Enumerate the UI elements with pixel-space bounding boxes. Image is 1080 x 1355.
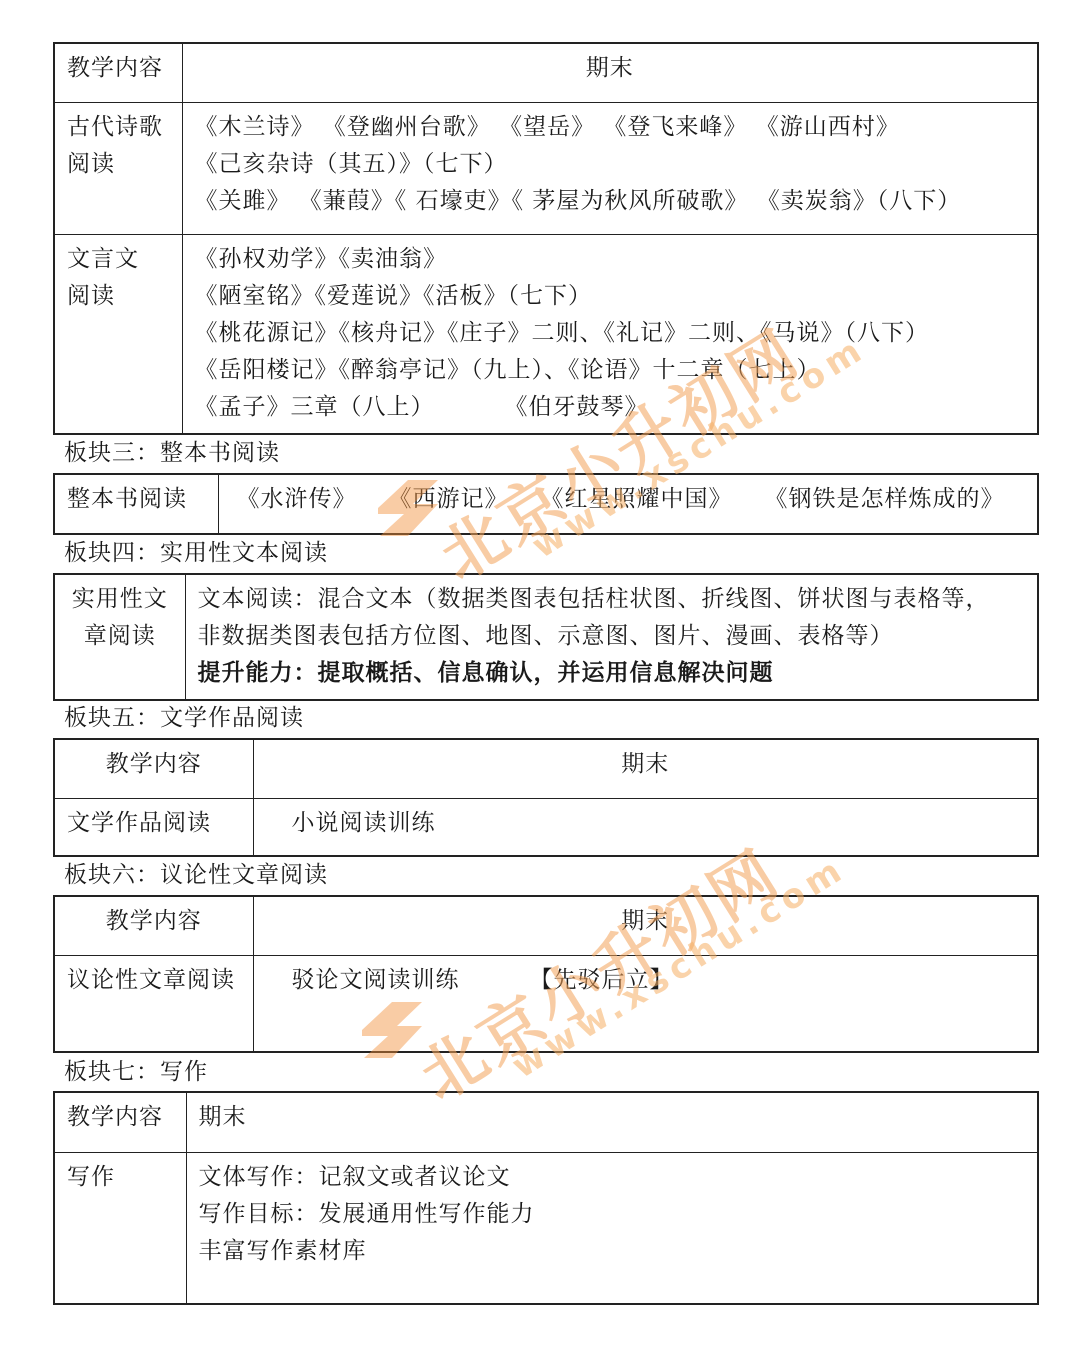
book-title: 《西游记》 <box>389 486 509 512</box>
content-line: 写作目标：发展通用性写作能力 <box>199 1196 1026 1233</box>
row-content: 文体写作：记叙文或者议论文 写作目标：发展通用性写作能力 丰富写作素材库 <box>186 1152 1038 1304</box>
label-line: 阅读 <box>67 278 170 315</box>
table-row: 实用性文 章阅读 文本阅读：混合文本（数据类图表包括柱状图、折线图、饼状图与表格… <box>54 574 1038 700</box>
table-row-classical-chinese: 文言文 阅读 《孙权劝学》《卖油翁》 《陋室铭》《爱莲说》《活板》（七下） 《桃… <box>54 234 1038 434</box>
header-final-term: 期末 <box>182 43 1038 102</box>
section-heading-whole-book: 板块三：整本书阅读 <box>64 438 280 468</box>
book-title: 《水浒传》 <box>237 486 357 512</box>
content-line: 《陋室铭》《爱莲说》《活板》（七下） <box>195 278 1026 315</box>
table-header-row: 教学内容 期末 <box>54 43 1038 102</box>
table-argumentative: 教学内容 期末 议论性文章阅读 驳论文阅读训练【先驳后立】 <box>53 895 1039 1053</box>
header-teaching-content: 教学内容 <box>54 1092 186 1152</box>
table-row: 议论性文章阅读 驳论文阅读训练【先驳后立】 <box>54 955 1038 1052</box>
content-text: 驳论文阅读训练 <box>292 967 460 993</box>
content-line: 文体写作：记叙文或者议论文 <box>199 1159 1026 1196</box>
content-line: 《木兰诗》 《登幽州台歌》 《望岳》 《登飞来峰》 《游山西村》 <box>195 109 1026 146</box>
ability-line: 提升能力：提取概括、信息确认，并运用信息解决问题 <box>198 655 1026 692</box>
table-whole-book: 整本书阅读 《水浒传》《西游记》《红星照耀中国》《钢铁是怎样炼成的》 <box>53 473 1039 535</box>
label-line: 实用性文 <box>67 581 173 618</box>
header-final-term: 期末 <box>186 1092 1038 1152</box>
row-content: 《孙权劝学》《卖油翁》 《陋室铭》《爱莲说》《活板》（七下） 《桃花源记》《核舟… <box>182 234 1038 434</box>
table-poetry-classical: 教学内容 期末 古代诗歌 阅读 《木兰诗》 《登幽州台歌》 《望岳》 《登飞来峰… <box>53 42 1039 435</box>
table-header-row: 教学内容 期末 <box>54 1092 1038 1152</box>
row-content: 小说阅读训练 <box>253 798 1038 856</box>
content-line: 《孟子》三章（八上）《伯牙鼓琴》 <box>195 389 1026 426</box>
content-line: 丰富写作素材库 <box>199 1233 1026 1270</box>
header-teaching-content: 教学内容 <box>54 739 253 798</box>
header-teaching-content: 教学内容 <box>54 43 182 102</box>
row-label: 实用性文 章阅读 <box>54 574 185 700</box>
content-line: 《己亥杂诗（其五）》（七下） <box>195 146 1026 183</box>
content-line: 《岳阳楼记》《醉翁亭记》（九上）、《论语》十二章（七上） <box>195 352 1026 389</box>
section-heading-practical-text: 板块四：实用性文本阅读 <box>64 538 328 568</box>
label-line: 文言文 <box>67 241 170 278</box>
label-line: 章阅读 <box>67 618 173 655</box>
row-label: 议论性文章阅读 <box>54 955 253 1052</box>
row-label: 整本书阅读 <box>54 474 218 534</box>
table-row: 整本书阅读 《水浒传》《西游记》《红星照耀中国》《钢铁是怎样炼成的》 <box>54 474 1038 534</box>
content-fragment: 《孟子》三章（八上） <box>195 394 435 420</box>
header-final-term: 期末 <box>253 739 1038 798</box>
book-title: 《钢铁是怎样炼成的》 <box>765 486 1005 512</box>
content-fragment: 《伯牙鼓琴》 <box>505 394 649 420</box>
table-literary-works: 教学内容 期末 文学作品阅读 小说阅读训练 <box>53 738 1039 857</box>
table-practical-text: 实用性文 章阅读 文本阅读：混合文本（数据类图表包括柱状图、折线图、饼状图与表格… <box>53 573 1039 701</box>
label-line: 古代诗歌 <box>67 109 170 146</box>
table-row: 文学作品阅读 小说阅读训练 <box>54 798 1038 856</box>
header-teaching-content: 教学内容 <box>54 896 253 955</box>
section-heading-argumentative: 板块六：议论性文章阅读 <box>64 860 328 890</box>
table-header-row: 教学内容 期末 <box>54 739 1038 798</box>
content-line: 《关雎》 《蒹葭》《 石壕吏》《 茅屋为秋风所破歌》 《卖炭翁》（八下） <box>195 183 1026 220</box>
row-content: 《水浒传》《西游记》《红星照耀中国》《钢铁是怎样炼成的》 <box>218 474 1038 534</box>
book-title: 《红星照耀中国》 <box>541 486 733 512</box>
row-content: 文本阅读：混合文本（数据类图表包括柱状图、折线图、饼状图与表格等， 非数据类图表… <box>185 574 1038 700</box>
section-heading-writing: 板块七：写作 <box>64 1057 208 1087</box>
label-line: 阅读 <box>67 146 170 183</box>
row-label: 文学作品阅读 <box>54 798 253 856</box>
row-label: 古代诗歌 阅读 <box>54 102 182 234</box>
row-label: 写作 <box>54 1152 186 1304</box>
table-writing: 教学内容 期末 写作 文体写作：记叙文或者议论文 写作目标：发展通用性写作能力 … <box>53 1091 1039 1305</box>
row-content: 《木兰诗》 《登幽州台歌》 《望岳》 《登飞来峰》 《游山西村》 《己亥杂诗（其… <box>182 102 1038 234</box>
row-label: 文言文 阅读 <box>54 234 182 434</box>
content-tag: 【先驳后立】 <box>530 967 674 993</box>
section-heading-literary-works: 板块五：文学作品阅读 <box>64 703 304 733</box>
header-final-term: 期末 <box>253 896 1038 955</box>
content-line: 《桃花源记》《核舟记》《庄子》二则、《礼记》二则、《马说》（八下） <box>195 315 1026 352</box>
row-content: 驳论文阅读训练【先驳后立】 <box>253 955 1038 1052</box>
content-line: 文本阅读：混合文本（数据类图表包括柱状图、折线图、饼状图与表格等， <box>198 581 1026 618</box>
table-row-ancient-poetry: 古代诗歌 阅读 《木兰诗》 《登幽州台歌》 《望岳》 《登飞来峰》 《游山西村》… <box>54 102 1038 234</box>
table-row: 写作 文体写作：记叙文或者议论文 写作目标：发展通用性写作能力 丰富写作素材库 <box>54 1152 1038 1304</box>
content-line: 《孙权劝学》《卖油翁》 <box>195 241 1026 278</box>
table-header-row: 教学内容 期末 <box>54 896 1038 955</box>
content-line: 非数据类图表包括方位图、地图、示意图、图片、漫画、表格等） <box>198 618 1026 655</box>
